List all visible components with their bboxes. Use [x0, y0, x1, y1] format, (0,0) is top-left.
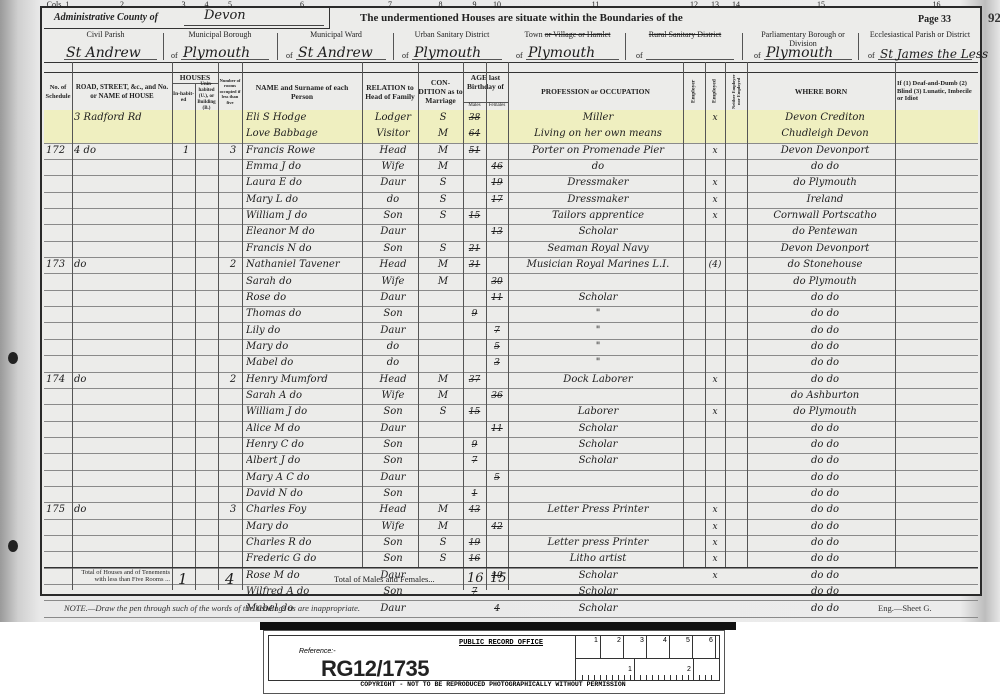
where-born: do do: [752, 290, 898, 306]
marital-condition: [422, 453, 464, 469]
occupation: Porter on Promenade Pier: [512, 143, 684, 159]
inhabited-count: [176, 208, 196, 224]
of-label: of: [171, 51, 178, 60]
where-born: Chudleigh Devon: [752, 126, 898, 142]
ecclesiastical-parish-value: St James the Less: [880, 47, 988, 61]
rooms-count: [222, 437, 244, 453]
where-born: do Plymouth: [752, 175, 898, 191]
col-number: 8: [418, 0, 463, 9]
employer-mark: [683, 355, 705, 371]
female-age: 19: [486, 175, 508, 191]
neither-mark: [725, 192, 747, 208]
inhabited-count: [176, 551, 196, 567]
marital-condition: S: [422, 551, 464, 567]
of-label: of: [868, 51, 875, 60]
table-row: 175do3Charles FoyHeadM43Letter Press Pri…: [44, 502, 978, 519]
col-number: Cols. 1: [44, 0, 72, 9]
relation: Son: [366, 208, 420, 224]
marital-condition: [422, 306, 464, 322]
occupation: Living on her own means: [512, 126, 684, 142]
relation: Visitor: [366, 126, 420, 142]
urban-sanitary-district: Urban Sanitary District of Plymouth: [396, 30, 508, 62]
rooms-count: [222, 274, 244, 290]
inhabited-count: [176, 241, 196, 257]
where-born: do do: [752, 339, 898, 355]
ecclesiastical-parish-label: Ecclesiastical Parish or District: [862, 30, 978, 39]
employer-mark: [683, 372, 705, 388]
female-age: 11: [486, 290, 508, 306]
table-row: Mary A C doDaur5do do: [44, 470, 978, 487]
occupation: Scholar: [512, 224, 684, 240]
employed-mark: [705, 470, 725, 486]
where-born: do Plymouth: [752, 274, 898, 290]
inhabited-count: [176, 502, 196, 518]
marital-condition: M: [422, 372, 464, 388]
table-row: Rose doDaur11Scholardo do: [44, 290, 978, 307]
male-age: 7: [463, 453, 486, 469]
inhabited-count: [176, 437, 196, 453]
female-age: [486, 404, 508, 420]
civil-parish-value: St Andrew: [66, 45, 141, 61]
employed-mark: x: [705, 404, 725, 420]
totals-persons-label: Total of Males and Females...: [334, 574, 435, 584]
person-name: William J do: [246, 404, 364, 420]
header-employed: Employed: [705, 73, 725, 110]
marital-condition: [422, 437, 464, 453]
col-line: [895, 62, 896, 567]
neither-mark: [725, 159, 747, 175]
neither-mark: [725, 453, 747, 469]
where-born: do do: [752, 355, 898, 371]
col-line: [747, 62, 748, 567]
where-born: do do: [752, 519, 898, 535]
where-born: do do: [752, 502, 898, 518]
female-age: 17: [486, 192, 508, 208]
marital-condition: [422, 355, 464, 371]
header-occupation: PROFESSION or OCCUPATION: [508, 73, 683, 110]
male-age: [463, 339, 486, 355]
male-age: [463, 421, 486, 437]
where-born: do do: [752, 470, 898, 486]
schedule-number: [46, 306, 72, 322]
female-age: [486, 208, 508, 224]
marital-condition: S: [422, 535, 464, 551]
rural-sanitary-label: Rural Sanitary District: [630, 30, 740, 39]
occupation: Scholar: [512, 421, 684, 437]
municipal-borough-label: Municipal Borough: [165, 30, 275, 39]
of-label: of: [286, 51, 293, 60]
neither-mark: [725, 535, 747, 551]
rooms-count: [222, 290, 244, 306]
table-row: Sarah doWifeM30do Plymouth: [44, 274, 978, 291]
neither-mark: [725, 143, 747, 159]
where-born: do do: [752, 437, 898, 453]
road-name: [74, 388, 172, 404]
female-age: 36: [486, 388, 508, 404]
ecclesiastical-parish: Ecclesiastical Parish or District of St …: [862, 30, 978, 62]
road-name: [74, 421, 172, 437]
person-name: Nathaniel Tavener: [246, 257, 364, 273]
employer-mark: [683, 192, 705, 208]
employer-mark: [683, 241, 705, 257]
neither-mark: [725, 110, 747, 126]
schedule-number: [46, 355, 72, 371]
female-age: 3: [486, 355, 508, 371]
table-row: Francis N doSonS21Seaman Royal NavyDevon…: [44, 241, 978, 258]
relation: Son: [366, 535, 420, 551]
female-age: [486, 241, 508, 257]
employer-mark: [683, 339, 705, 355]
neither-mark: [725, 486, 747, 502]
occupation: Scholar: [512, 453, 684, 469]
person-name: Mary L do: [246, 192, 364, 208]
employed-mark: [705, 241, 725, 257]
intro-text: The undermentioned Houses are situate wi…: [360, 12, 683, 24]
marital-condition: S: [422, 110, 464, 126]
neither-mark: [725, 175, 747, 191]
relation: Son: [366, 306, 420, 322]
occupation: Tailors apprentice: [512, 208, 684, 224]
rooms-count: [222, 306, 244, 322]
employed-mark: [705, 323, 725, 339]
female-age: 5: [486, 470, 508, 486]
male-age: 43: [463, 502, 486, 518]
person-name: Eleanor M do: [246, 224, 364, 240]
occupation: [512, 274, 684, 290]
person-name: Emma J do: [246, 159, 364, 175]
reference-value: RG12/1735: [321, 656, 429, 682]
relation: do: [366, 355, 420, 371]
employer-mark: [683, 208, 705, 224]
parliamentary-borough-value: Plymouth: [766, 45, 833, 61]
road-name: [74, 437, 172, 453]
schedule-number: [46, 241, 72, 257]
road-name: [74, 404, 172, 420]
col-line: [218, 62, 219, 590]
col-line: [683, 62, 684, 567]
employed-mark: [705, 126, 725, 142]
where-born: do do: [752, 421, 898, 437]
where-born: do do: [752, 306, 898, 322]
female-age: 11: [486, 421, 508, 437]
employer-mark: [683, 388, 705, 404]
road-name: [74, 126, 172, 142]
inhabited-count: [176, 535, 196, 551]
town: Town or Village or Hamlet of Plymouth: [510, 30, 625, 62]
female-age: 42: [486, 519, 508, 535]
male-age: [463, 355, 486, 371]
relation: Head: [366, 502, 420, 518]
road-name: 4 do: [74, 143, 172, 159]
employer-mark: [683, 143, 705, 159]
relation: Wife: [366, 519, 420, 535]
male-age: [463, 274, 486, 290]
relation: Wife: [366, 388, 420, 404]
employed-mark: x: [705, 143, 725, 159]
road-name: [74, 274, 172, 290]
employed-mark: [705, 601, 725, 617]
marital-condition: S: [422, 208, 464, 224]
female-age: [486, 257, 508, 273]
road-name: do: [74, 257, 172, 273]
male-age: 9: [463, 306, 486, 322]
occupation: Dressmaker: [512, 175, 684, 191]
occupation: Litho artist: [512, 551, 684, 567]
table-row: Thomas doSon9"do do: [44, 306, 978, 323]
town-label-struck: or Village or Hamlet: [545, 30, 611, 39]
male-age: [463, 388, 486, 404]
relation: Daur: [366, 421, 420, 437]
rooms-count: [222, 470, 244, 486]
road-name: [74, 535, 172, 551]
schedule-number: 173: [46, 257, 72, 273]
where-born: do do: [752, 323, 898, 339]
footer-note: NOTE.—Draw the pen through such of the w…: [64, 603, 360, 613]
employed-mark: x: [705, 175, 725, 191]
where-born: do do: [752, 159, 898, 175]
marital-condition: [422, 224, 464, 240]
schedule-number: [46, 535, 72, 551]
col-number: 11: [508, 0, 683, 9]
col-number: 14: [725, 0, 747, 9]
employer-mark: [683, 535, 705, 551]
employed-mark: [705, 274, 725, 290]
header-schedule: No. of Schedule: [44, 73, 72, 110]
inhabited-count: [176, 323, 196, 339]
schedule-number: [46, 159, 72, 175]
employer-mark: [683, 306, 705, 322]
table-row: David N doSon1do do: [44, 486, 978, 503]
marital-condition: [422, 486, 464, 502]
employer-mark: [683, 323, 705, 339]
col-line: [172, 62, 173, 590]
total-rooms: 4: [225, 570, 235, 588]
col-line: [463, 62, 464, 590]
rooms-count: 3: [222, 502, 244, 518]
occupation: [512, 388, 684, 404]
neither-mark: [725, 388, 747, 404]
female-age: [486, 437, 508, 453]
road-name: [74, 192, 172, 208]
road-name: [74, 224, 172, 240]
employer-mark: [683, 519, 705, 535]
where-born: do Pentewan: [752, 224, 898, 240]
municipal-ward-value: St Andrew: [298, 45, 373, 61]
male-age: 15: [463, 404, 486, 420]
road-name: [74, 241, 172, 257]
employed-mark: [705, 159, 725, 175]
table-row: Mary dodo5"do do: [44, 339, 978, 356]
male-age: [463, 290, 486, 306]
road-name: do: [74, 502, 172, 518]
inhabited-count: [176, 388, 196, 404]
employed-mark: [705, 339, 725, 355]
road-name: [74, 486, 172, 502]
municipal-borough: Municipal Borough of Plymouth: [165, 30, 275, 62]
employed-mark: [705, 224, 725, 240]
parliamentary-borough: Parliamentary Borough or Division of Ply…: [748, 30, 858, 62]
totals-row: Total of Houses and of Tenements with le…: [44, 567, 978, 591]
rooms-count: [222, 323, 244, 339]
rooms-count: [222, 110, 244, 126]
female-age: [486, 126, 508, 142]
inhabited-count: [176, 175, 196, 191]
where-born: Ireland: [752, 192, 898, 208]
table-row: Sarah A doWifeM36do Ashburton: [44, 388, 978, 405]
inhabited-count: [176, 453, 196, 469]
occupation: Laborer: [512, 404, 684, 420]
header-name: NAME and Surname of each Person: [244, 73, 360, 110]
person-name: Henry Mumford: [246, 372, 364, 388]
employed-mark: x: [705, 519, 725, 535]
female-age: [486, 372, 508, 388]
table-row: Albert J doSon7Scholardo do: [44, 453, 978, 470]
ruler-label: 4: [663, 637, 667, 644]
employed-mark: x: [705, 372, 725, 388]
relation: do: [366, 192, 420, 208]
county-underline: [184, 25, 324, 26]
inhabited-count: [176, 519, 196, 535]
marital-condition: [422, 601, 464, 617]
reference-card: Reference:- RG12/1735 PUBLIC RECORD OFFI…: [263, 630, 725, 694]
col-line: [418, 62, 419, 567]
marital-condition: [422, 470, 464, 486]
county-value: Devon: [204, 8, 246, 23]
person-name: Mary A C do: [246, 470, 364, 486]
road-name: [74, 323, 172, 339]
occupation: Dressmaker: [512, 192, 684, 208]
employed-mark: [705, 290, 725, 306]
header-females: Females: [486, 102, 508, 108]
inhabited-count: [176, 486, 196, 502]
male-age: 38: [463, 110, 486, 126]
male-age: [463, 224, 486, 240]
female-age: [486, 486, 508, 502]
schedule-number: [46, 551, 72, 567]
person-name: Henry C do: [246, 437, 364, 453]
where-born: do Plymouth: [752, 404, 898, 420]
schedule-number: [46, 470, 72, 486]
header-relation: RELATION to Head of Family: [362, 73, 418, 110]
ruler-label: 5: [686, 637, 690, 644]
scan-edge: [260, 622, 736, 630]
schedule-number: [46, 437, 72, 453]
male-age: [463, 323, 486, 339]
female-age: 30: [486, 274, 508, 290]
schedule-number: [46, 224, 72, 240]
marital-condition: S: [422, 175, 464, 191]
of-label: of: [402, 51, 409, 60]
rooms-count: [222, 551, 244, 567]
table-row: Mary L dodoS17DressmakerxIreland: [44, 192, 978, 209]
occupation: Scholar: [512, 601, 684, 617]
road-name: [74, 470, 172, 486]
occupation: [512, 470, 684, 486]
neither-mark: [725, 274, 747, 290]
municipal-ward-label: Municipal Ward: [280, 30, 392, 39]
urban-sanitary-value: Plymouth: [414, 45, 481, 61]
schedule-number: [46, 126, 72, 142]
employed-mark: x: [705, 192, 725, 208]
table-row: Emma J doWifeM46dodo do: [44, 159, 978, 176]
inhabited-count: [176, 372, 196, 388]
schedule-number: [46, 453, 72, 469]
schedule-number: [46, 274, 72, 290]
col-number: 15: [747, 0, 895, 9]
relation: Daur: [366, 470, 420, 486]
where-born: Devon Devonport: [752, 241, 898, 257]
person-name: Lily do: [246, 323, 364, 339]
table-row: 3 Radford RdEli S HodgeLodgerS38MillerxD…: [44, 110, 978, 127]
rooms-count: [222, 208, 244, 224]
person-name: Mary do: [246, 339, 364, 355]
person-name: David N do: [246, 486, 364, 502]
neither-mark: [725, 404, 747, 420]
neither-mark: [725, 257, 747, 273]
employer-mark: [683, 421, 705, 437]
table-row: Eleanor M doDaur13Scholardo Pentewan: [44, 224, 978, 241]
person-name: Love Babbage: [246, 126, 364, 142]
male-age: [463, 159, 486, 175]
occupation: [512, 486, 684, 502]
inhabited-count: [176, 159, 196, 175]
ruler-label: 6: [709, 637, 713, 644]
employer-mark: [683, 290, 705, 306]
person-name: Francis N do: [246, 241, 364, 257]
employer-mark: [683, 470, 705, 486]
marital-condition: M: [422, 274, 464, 290]
reference-inner: Reference:- RG12/1735 PUBLIC RECORD OFFI…: [268, 635, 720, 681]
employed-mark: [705, 388, 725, 404]
table-row: William J doSonS15Laborerxdo Plymouth: [44, 404, 978, 421]
schedule-number: [46, 421, 72, 437]
table-row: 173do2Nathaniel TavenerHeadM31Musician R…: [44, 257, 978, 274]
side-number: 92: [988, 10, 1000, 26]
rooms-count: [222, 535, 244, 551]
marital-condition: S: [422, 192, 464, 208]
col-number: 9: [463, 0, 486, 9]
male-age: 19: [463, 535, 486, 551]
ruler-label: 1: [594, 637, 598, 644]
neither-mark: [725, 470, 747, 486]
relation: Lodger: [366, 110, 420, 126]
divider: [393, 33, 394, 60]
employed-mark: [705, 486, 725, 502]
occupation: Scholar: [512, 290, 684, 306]
scale-ruler: 1 2 3 4 5 6 1 2: [575, 636, 720, 680]
marital-condition: S: [422, 241, 464, 257]
employer-mark: [683, 453, 705, 469]
marital-condition: M: [422, 257, 464, 273]
person-name: Charles R do: [246, 535, 364, 551]
occupation: Scholar: [512, 437, 684, 453]
inhabited-count: [176, 339, 196, 355]
divider: [163, 33, 164, 60]
female-age: 46: [486, 159, 508, 175]
schedule-number: [46, 290, 72, 306]
urban-sanitary-label: Urban Sanitary District: [396, 30, 508, 39]
relation: Son: [366, 404, 420, 420]
county-box: Administrative County of Devon: [44, 8, 330, 29]
rooms-count: [222, 355, 244, 371]
where-born: do do: [752, 486, 898, 502]
road-name: 3 Radford Rd: [74, 110, 172, 126]
female-age: [486, 502, 508, 518]
male-age: 16: [463, 551, 486, 567]
occupation: ": [512, 323, 684, 339]
where-born: do Stonehouse: [752, 257, 898, 273]
person-name: Charles Foy: [246, 502, 364, 518]
